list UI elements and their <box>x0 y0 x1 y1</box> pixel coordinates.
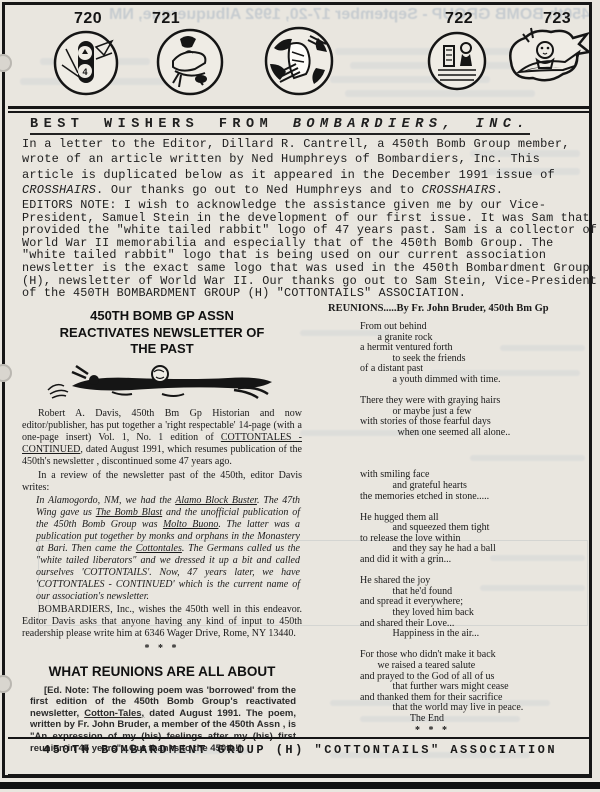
crosshairs-title: CROSSHAIRS <box>422 183 496 197</box>
svg-text:4: 4 <box>82 67 87 77</box>
right-column: REUNIONS.....By Fr. John Bruder, 450th B… <box>310 303 592 736</box>
squadron-number-722: 722 <box>445 10 473 28</box>
molto-buono-title: Molto Buono <box>163 519 218 530</box>
bombardiers-wishes-paragraph: BOMBARDIERS, Inc., wishes the 450th well… <box>22 604 302 641</box>
editors-note-paragraph: EDITORS NOTE: I wish to acknowledge the … <box>22 199 598 300</box>
section-divider-stars: * * * <box>22 643 302 654</box>
davis-paragraph: Robert A. Davis, 450th Bm Gp Historian a… <box>22 408 302 469</box>
intro-text: In a letter to the Editor, Dillard R. Ca… <box>22 137 570 182</box>
footer-rule-top <box>8 737 592 739</box>
double-rule <box>8 111 592 113</box>
review-text: In Alamogordo, NM, we had the <box>36 495 175 506</box>
best-wishes-heading: BEST WISHERS FROM BOMBARDIERS, INC. <box>30 117 530 135</box>
newsletter-review-quote: In Alamogordo, NM, we had the Alamo Bloc… <box>36 495 300 603</box>
cotton-tales-title: Cotton-Tales, <box>84 708 144 719</box>
alamo-block-buster-title: Alamo Block Buster <box>175 495 257 506</box>
poem-end-stars: * * * <box>415 725 592 736</box>
crosshairs-title: CROSSHAIRS <box>22 183 96 197</box>
left-column-heading: 450TH BOMB GP ASSN REACTIVATES NEWSLETTE… <box>22 308 302 358</box>
double-rule <box>8 106 592 109</box>
page-bottom-edge <box>0 782 600 789</box>
review-intro-paragraph: In a review of the newsletter past of th… <box>22 470 302 494</box>
squadron-720-emblem-icon: 4 <box>52 29 120 97</box>
group-emblem-icon <box>262 24 336 98</box>
left-column: 450TH BOMB GP ASSN REACTIVATES NEWSLETTE… <box>22 308 302 754</box>
footer-association-title: 450TH BOMBARDMENT GROUP (H) "COTTONTAILS… <box>0 743 600 757</box>
intro-text: . Our thanks go out to Ned Humphreys and… <box>96 183 422 197</box>
squadron-number-721: 721 <box>152 10 180 28</box>
intro-paragraph: In a letter to the Editor, Dillard R. Ca… <box>22 137 594 199</box>
reunion-poem: From out behind a granite rock a hermit … <box>360 322 592 725</box>
best-wishes-heading-plain: BEST WISHERS FROM <box>30 117 293 132</box>
what-reunions-heading: WHAT REUNIONS ARE ALL ABOUT <box>22 664 302 679</box>
footer-rule-bottom <box>8 774 592 776</box>
squadron-722-emblem-icon <box>426 30 488 92</box>
squadron-number-720: 720 <box>74 10 102 28</box>
squadron-721-emblem-icon <box>155 27 225 97</box>
running-rabbit-illustration <box>42 364 282 400</box>
poem-byline: REUNIONS.....By Fr. John Bruder, 450th B… <box>328 303 592 314</box>
bomb-blast-title: The Bomb Blast <box>96 507 162 518</box>
best-wishes-heading-italic: BOMBARDIERS, INC. <box>293 117 530 132</box>
intro-text: . <box>496 183 503 197</box>
squadron-723-emblem-icon <box>503 26 591 94</box>
cottontales-title: Cottontales <box>136 543 182 554</box>
